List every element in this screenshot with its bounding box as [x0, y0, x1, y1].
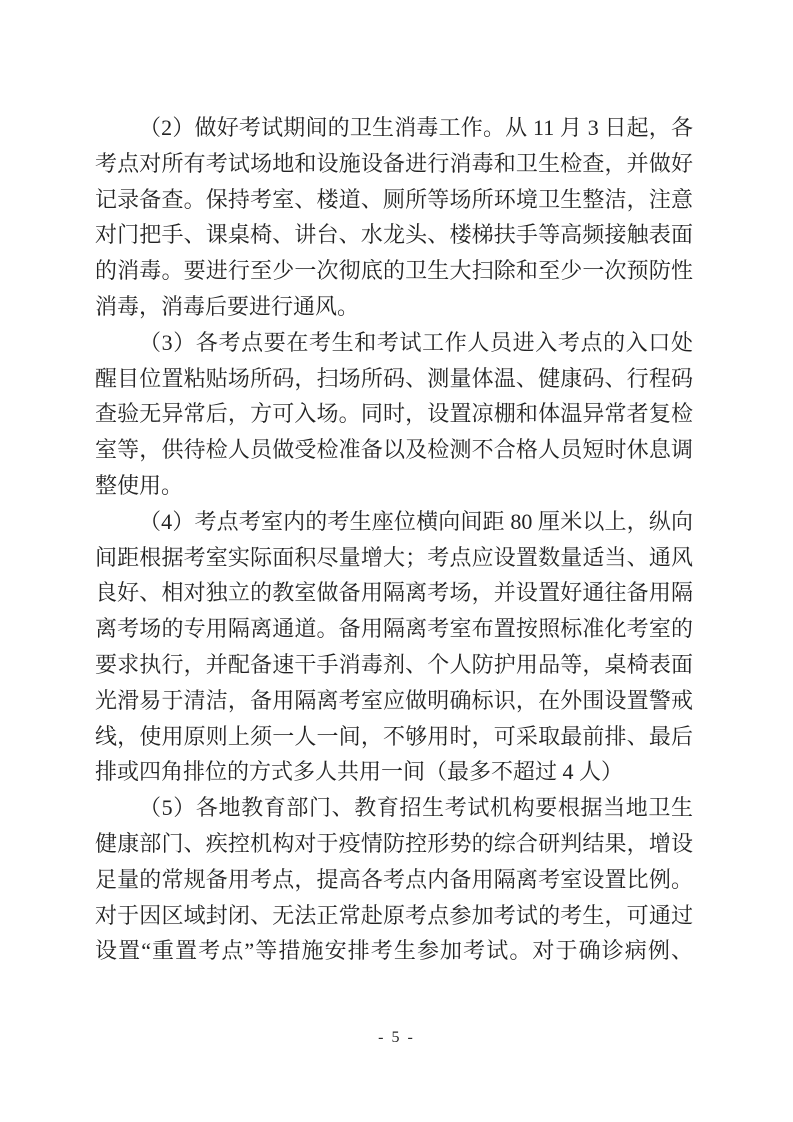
paragraph-line: （4）考点考室内的考生座位横向间距 80 厘米以上，纵向 [95, 504, 693, 540]
document-page: （2）做好考试期间的卫生消毒工作。从 11 月 3 日起，各考点对所有考试场地和… [0, 0, 793, 1122]
paragraph-line: 线，使用原则上须一人一间，不够用时，可采取最前排、最后 [95, 719, 693, 755]
paragraph-line: （2）做好考试期间的卫生消毒工作。从 11 月 3 日起，各 [95, 110, 693, 146]
paragraph: （5）各地教育部门、教育招生考试机构要根据当地卫生健康部门、疾控机构对于疫情防控… [95, 790, 693, 969]
paragraph-line: （5）各地教育部门、教育招生考试机构要根据当地卫生 [95, 790, 693, 826]
paragraph-line: 要求执行，并配备速干手消毒剂、个人防护用品等，桌椅表面 [95, 647, 693, 683]
paragraph-line: 健康部门、疾控机构对于疫情防控形势的综合研判结果，增设 [95, 826, 693, 862]
paragraph: （4）考点考室内的考生座位横向间距 80 厘米以上，纵向间距根据考室实际面积尽量… [95, 504, 693, 790]
paragraph-line: 对于因区域封闭、无法正常赴原考点参加考试的考生，可通过 [95, 898, 693, 934]
paragraph-line: 间距根据考室实际面积尽量增大；考点应设置数量适当、通风 [95, 540, 693, 576]
paragraph-line: 足量的常规备用考点，提高各考点内备用隔离考室设置比例。 [95, 862, 693, 898]
page-number: - 5 - [0, 1027, 793, 1049]
paragraph-line: 醒目位置粘贴场所码，扫场所码、测量体温、健康码、行程码 [95, 361, 693, 397]
paragraph-line: 室等，供待检人员做受检准备以及检测不合格人员短时休息调 [95, 432, 693, 468]
paragraph-line: 良好、相对独立的教室做备用隔离考场，并设置好通往备用隔 [95, 575, 693, 611]
paragraph-line: 光滑易于清洁，备用隔离考室应做明确标识，在外围设置警戒 [95, 683, 693, 719]
paragraph: （2）做好考试期间的卫生消毒工作。从 11 月 3 日起，各考点对所有考试场地和… [95, 110, 693, 325]
document-body: （2）做好考试期间的卫生消毒工作。从 11 月 3 日起，各考点对所有考试场地和… [95, 110, 693, 969]
paragraph-line: 设置“重置考点”等措施安排考生参加考试。对于确诊病例、 [95, 933, 693, 969]
paragraph: （3）各考点要在考生和考试工作人员进入考点的入口处醒目位置粘贴场所码，扫场所码、… [95, 325, 693, 504]
paragraph-line: 整使用。 [95, 468, 693, 504]
paragraph-line: 对门把手、课桌椅、讲台、水龙头、楼梯扶手等高频接触表面 [95, 217, 693, 253]
paragraph-line: 记录备查。保持考室、楼道、厕所等场所环境卫生整洁，注意 [95, 182, 693, 218]
paragraph-line: 消毒，消毒后要进行通风。 [95, 289, 693, 325]
paragraph-line: 的消毒。要进行至少一次彻底的卫生大扫除和至少一次预防性 [95, 253, 693, 289]
paragraph-line: 考点对所有考试场地和设施设备进行消毒和卫生检查，并做好 [95, 146, 693, 182]
paragraph-line: 查验无异常后，方可入场。同时，设置凉棚和体温异常者复检 [95, 396, 693, 432]
paragraph-line: （3）各考点要在考生和考试工作人员进入考点的入口处 [95, 325, 693, 361]
paragraph-line: 排或四角排位的方式多人共用一间（最多不超过 4 人） [95, 754, 693, 790]
paragraph-line: 离考场的专用隔离通道。备用隔离考室布置按照标准化考室的 [95, 611, 693, 647]
